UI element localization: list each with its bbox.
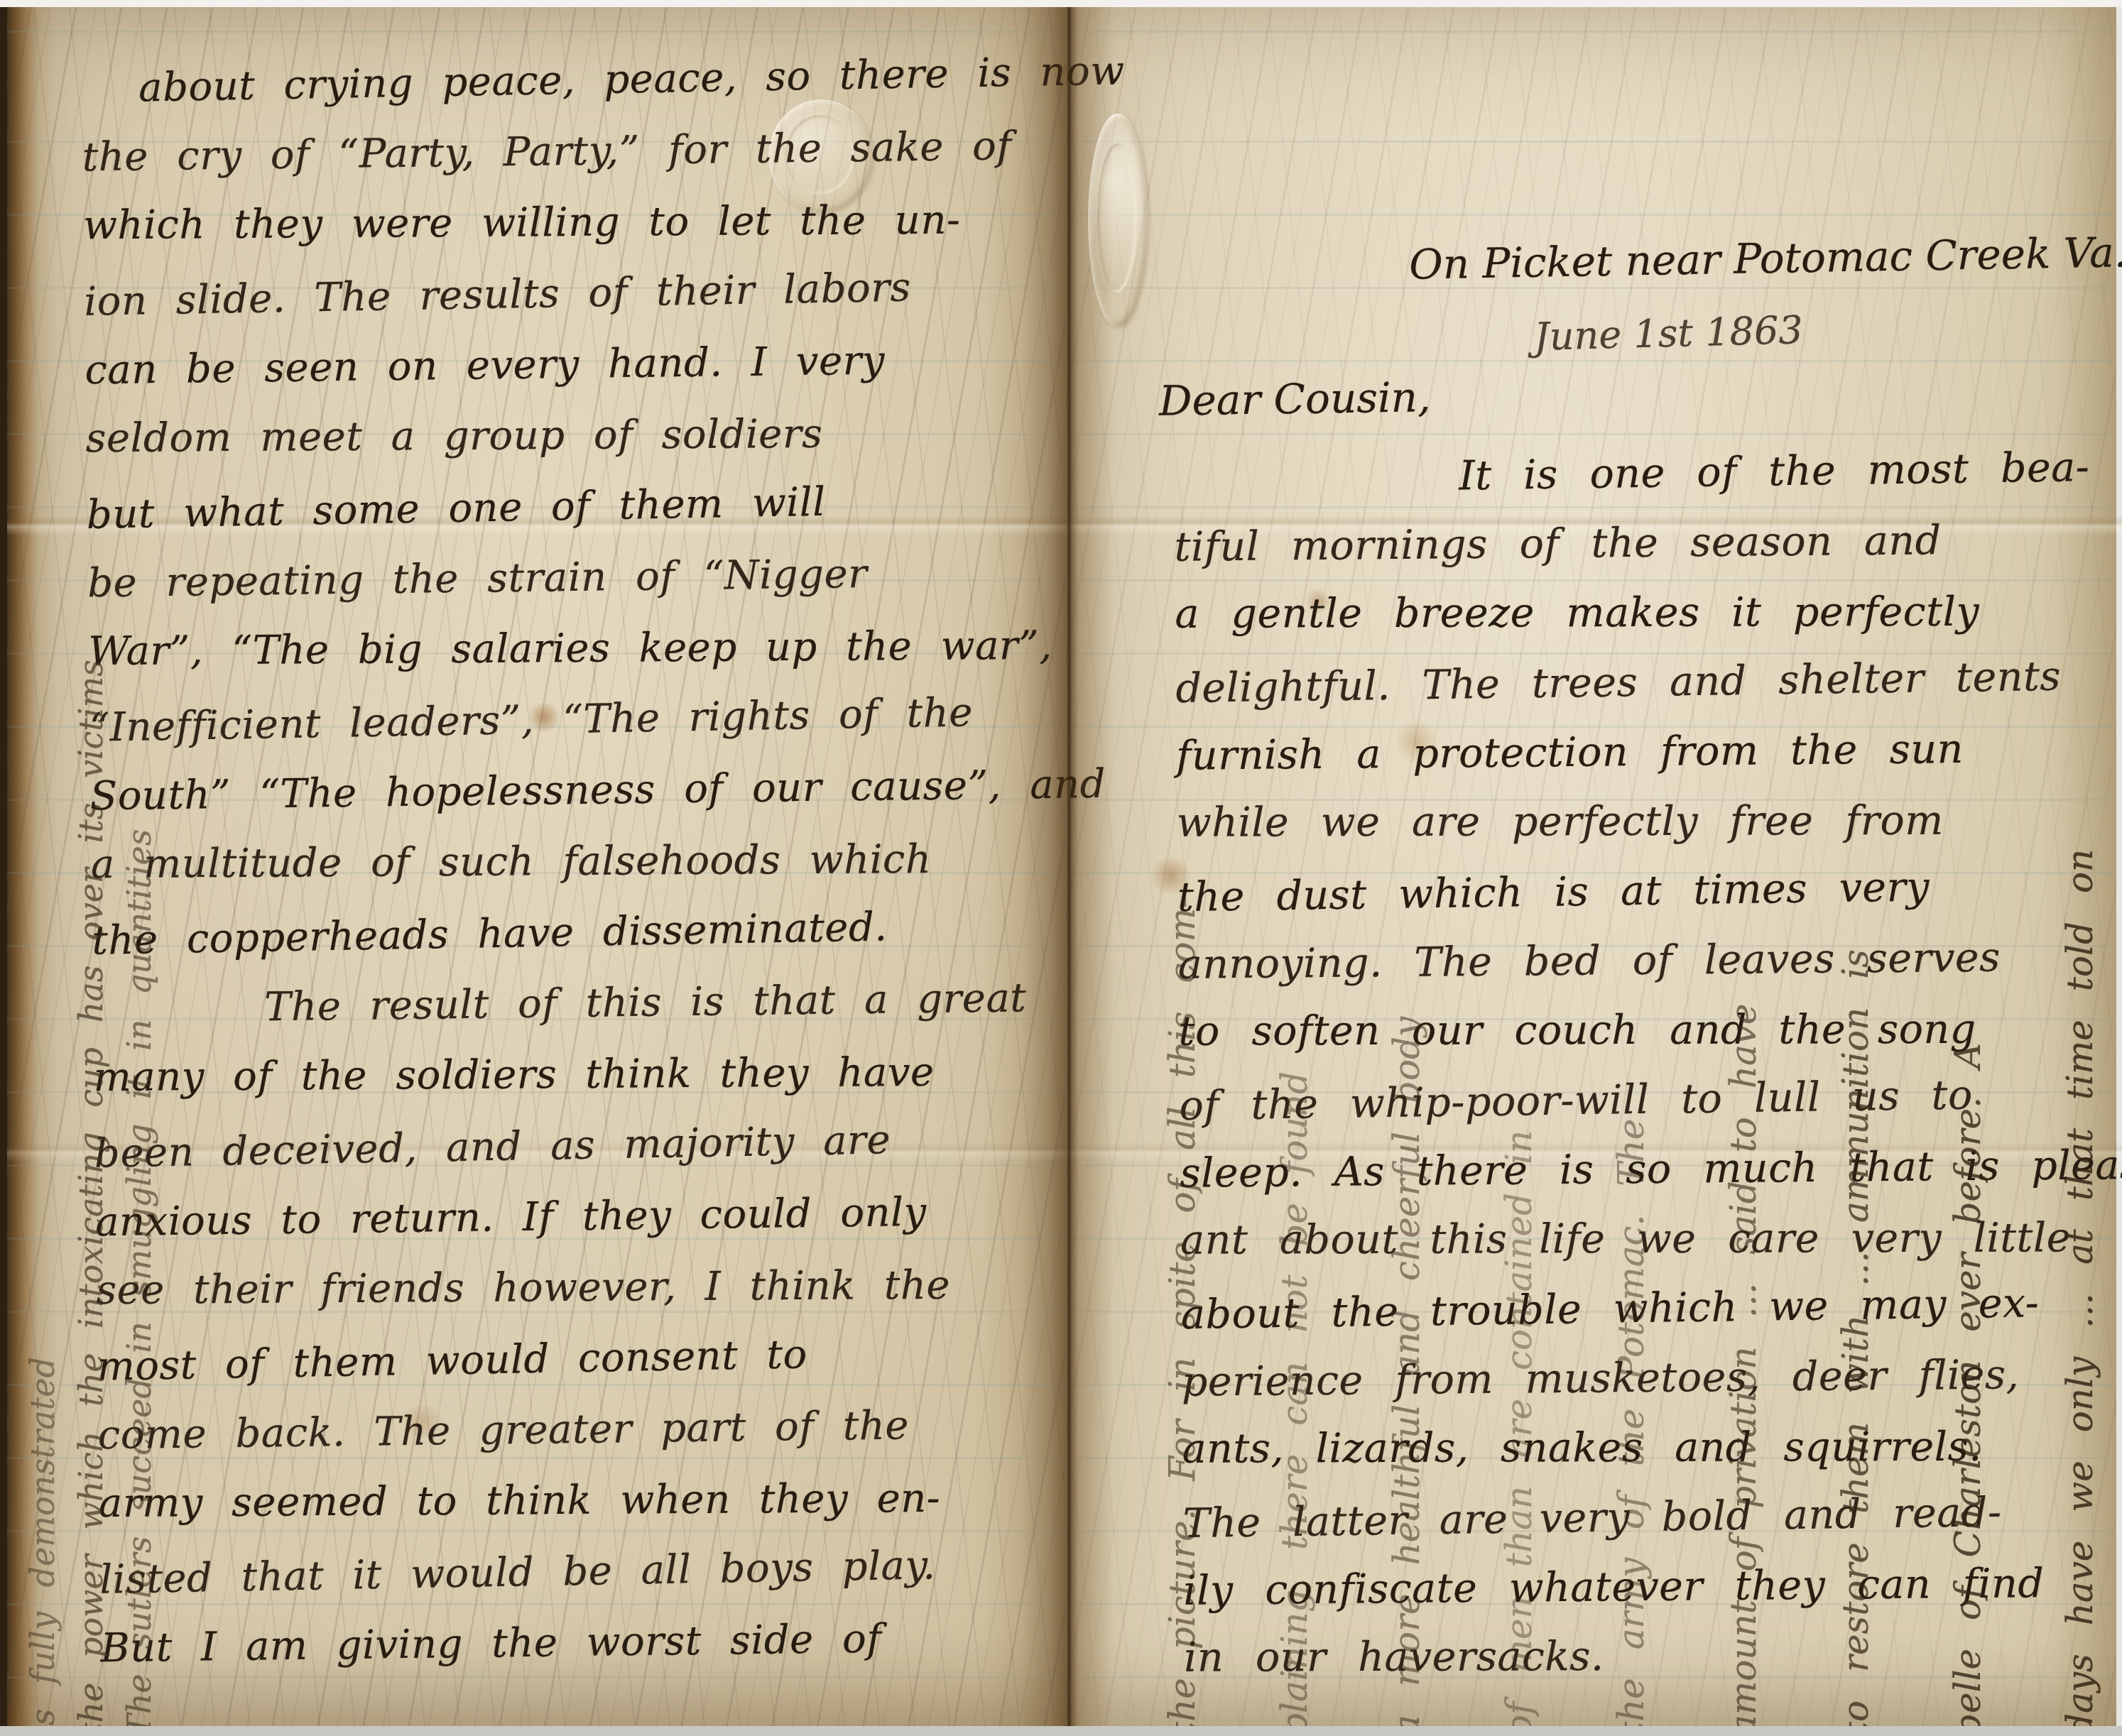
page-edge-shadow	[0, 0, 7, 1736]
scan-background-bottom	[0, 1726, 2122, 1736]
scanned-letter-spread: about crying peace, peace, so there is n…	[0, 0, 2122, 1736]
handwriting-line: But I am giving the worst side of	[100, 1602, 1067, 1685]
handwriting-line: The result of this is that a great	[92, 963, 1059, 1046]
handwriting-line: War”, “The big salaries keep up the war”…	[88, 611, 1055, 687]
scan-background-top	[0, 0, 2122, 7]
left-margin-cross-writing: is fully demonstratedthe power which the…	[18, 75, 163, 1736]
cross-writing-line: the army of the Potomac. The	[1575, 82, 1687, 1736]
handwriting-line: South” “The hopelessness of our cause”, …	[89, 750, 1056, 833]
cross-writing-line: to restore them with … ammunition is	[1800, 82, 1912, 1736]
handwriting-line: the cry of “Party, Party,” for the sake …	[82, 111, 1048, 194]
handwriting-line: can be seen on every hand. I very	[85, 324, 1051, 407]
cross-writing-line: is fully demonstrated	[18, 75, 67, 1736]
cross-writing-line: plaining, there can not be found	[1239, 82, 1351, 1736]
cross-writing-line: amount of privation … said to have	[1687, 82, 1800, 1736]
handwriting-line: a multitude of such falsehoods which	[91, 824, 1057, 900]
handwriting-line: see their friends however, I think the	[96, 1250, 1062, 1326]
handwriting-line: come back. The greater part of the	[97, 1389, 1064, 1472]
cross-writing-line: The sutlers succeed in smuggling it in q…	[115, 75, 163, 1736]
cross-writing-line: days have we only … at that time told on	[2024, 82, 2122, 1736]
handwriting-line: army seemed to think when they en-	[99, 1463, 1065, 1539]
handwriting-line: which they were willing to let the un-	[83, 185, 1050, 261]
cross-writing-line: the picture. For in spite of all this co…	[1126, 82, 1239, 1736]
cross-writing-line: a more healthful and cheerful body	[1351, 82, 1463, 1736]
handwriting-line: seldom meet a group of soldiers	[85, 398, 1052, 474]
handwriting-line: many of the soldiers think they have	[93, 1037, 1060, 1113]
right-page-cross-writing: the picture. For in spite of all this co…	[1126, 82, 2122, 1736]
left-page-handwriting: about crying peace, peace, so there is n…	[81, 40, 1067, 1684]
cross-writing-line: of men than are contained in	[1463, 82, 1575, 1736]
handwriting-line: anxious to return. If they could only	[95, 1176, 1062, 1259]
handwriting-line: be repeating the strain of “Nigger	[87, 537, 1054, 620]
cross-writing-line: belle of Charleston ever before. A	[1912, 82, 2024, 1736]
cross-writing-line: the power which the intoxicating cup has…	[67, 75, 115, 1736]
